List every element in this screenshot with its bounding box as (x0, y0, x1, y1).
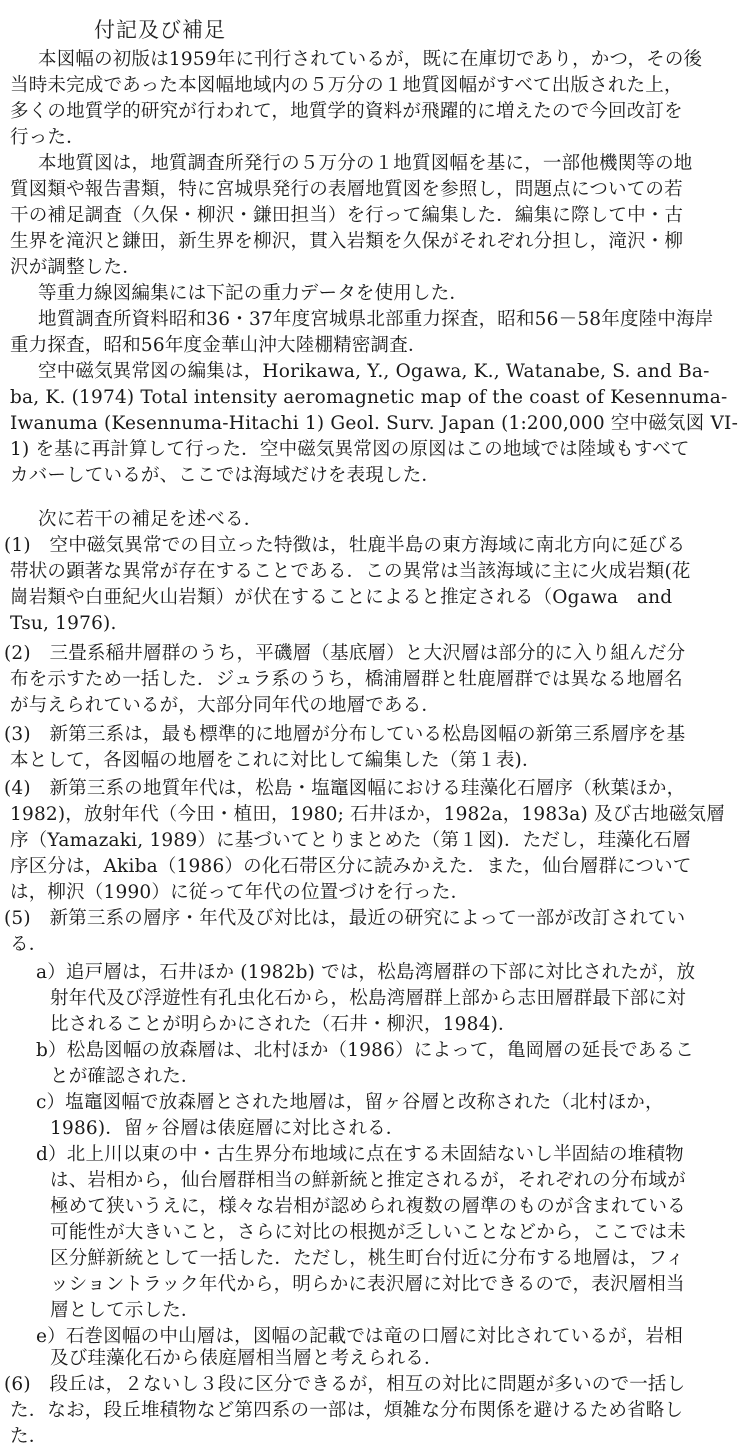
text-line: Tsu, 1976). (10, 609, 117, 639)
text-line: る． (10, 930, 47, 960)
text-line: 本として，各図幅の地層をこれに対比して編集した（第１表)． (10, 746, 541, 776)
text-line: た．なお，段丘堆積物など第四系の一部は，煩雑な分布関係を避けるため省略し (10, 1396, 683, 1426)
text-line: た． (10, 1422, 47, 1452)
text-line: 多くの地質学的研究が行われて，地質学的資料が飛躍的に増えたので今回改訂を (10, 97, 683, 127)
section-title: 付記及び補足 (94, 14, 226, 44)
text-line: が与えられているが，大部分同年代の地層である． (10, 691, 440, 721)
text-line: (5) 新第三系の層序・年代及び対比は，最近の研究によって一部が改訂されてい (4, 904, 685, 934)
text-line: カバーしているが、ここでは海域だけを表現した． (10, 461, 440, 491)
